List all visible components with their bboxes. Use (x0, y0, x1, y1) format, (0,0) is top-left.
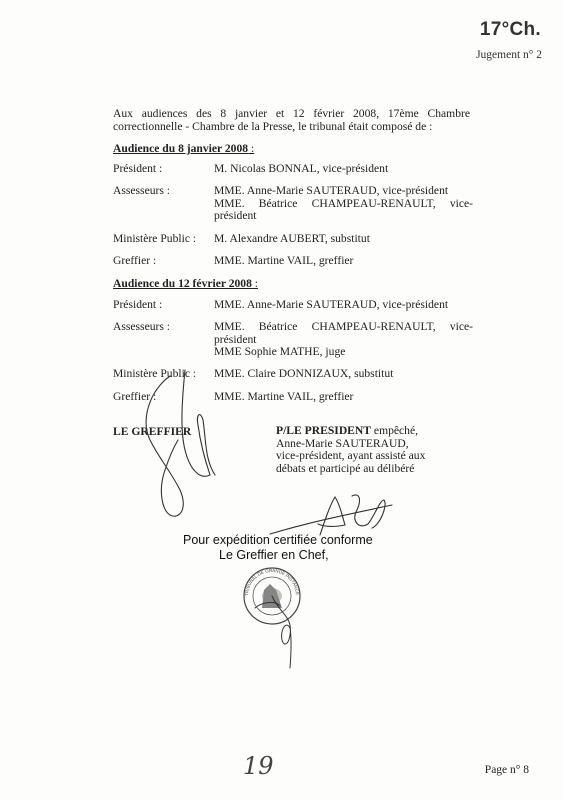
hearing-title-text: Audience du 8 janvier 2008 (113, 142, 248, 155)
row-label: Greffier : (113, 391, 214, 404)
composition-row-president: Président : M. Nicolas BONNAL, vice-prés… (113, 163, 473, 176)
president-line: vice-président, ayant assisté aux (276, 450, 425, 463)
hearing-colon: : (248, 142, 254, 155)
row-label: Assesseurs : (113, 185, 214, 223)
row-label: Ministère Public : (113, 233, 214, 246)
composition-row-assesseurs: Assesseurs : MME. Anne-Marie SAUTERAUD, … (113, 185, 473, 223)
row-value: M. Nicolas BONNAL, vice-président (214, 163, 473, 176)
certification-line-2: Le Greffier en Chef, (183, 548, 373, 563)
row-value: MME. Béatrice CHAMPEAU-RENAULT, vice- (214, 321, 473, 334)
judgment-number: Jugement n° 2 (476, 49, 542, 61)
composition-row-assesseurs: Assesseurs : MME. Béatrice CHAMPEAU-RENA… (113, 321, 473, 359)
seal-signature-icon (255, 596, 291, 668)
greffier-signature-label: LE GREFFIER (113, 425, 191, 438)
composition-row-ministere-public: Ministère Public : M. Alexandre AUBERT, … (113, 233, 473, 246)
row-value: président (214, 210, 473, 223)
row-value: MME. Anne-Marie SAUTERAUD, vice-présiden… (214, 299, 473, 312)
row-label: Ministère Public : (113, 368, 214, 381)
row-value: MME. Claire DONNIZAUX, substitut (214, 368, 473, 381)
composition-row-president: Président : MME. Anne-Marie SAUTERAUD, v… (113, 299, 473, 312)
handwritten-page-number: 19 (243, 752, 274, 780)
intro-line-2: correctionnelle - Chambre de la Presse, … (113, 120, 470, 133)
row-label: Président : (113, 163, 214, 176)
row-value: MME. Martine VAIL, greffier (214, 391, 473, 404)
composition-row-ministere-public: Ministère Public : MME. Claire DONNIZAUX… (113, 368, 473, 381)
composition-row-greffier: Greffier : MME. Martine VAIL, greffier (113, 255, 473, 268)
president-signature-block: P/LE PRESIDENT empêché, Anne-Marie SAUTE… (276, 425, 425, 475)
row-label: Greffier : (113, 255, 214, 268)
intro-line-1: Aux audiences des 8 janvier et 12 févrie… (113, 107, 470, 120)
president-label-suffix: empêché, (371, 424, 418, 437)
hearing-title-1: Audience du 8 janvier 2008 : (113, 142, 254, 155)
row-value: MME. Martine VAIL, greffier (214, 255, 473, 268)
president-signature-icon (270, 495, 392, 535)
hearing-title-2: Audience du 12 février 2008 : (113, 277, 258, 290)
hearing-colon: : (252, 277, 258, 290)
row-value: MME. Anne-Marie SAUTERAUD, vice-présiden… (214, 185, 473, 198)
row-value: M. Alexandre AUBERT, substitut (214, 233, 473, 246)
certification-line-1: Pour expédition certifiée conforme (183, 533, 373, 548)
certification-block: Pour expédition certifiée conforme Le Gr… (183, 533, 373, 563)
composition-row-greffier: Greffier : MME. Martine VAIL, greffier (113, 391, 473, 404)
row-value: MME Sophie MATHE, juge (214, 346, 473, 359)
page-number: Page n° 8 (485, 764, 529, 776)
court-seal-icon: TRIBUNAL DE GRANDE INSTANCE DE PARIS (0, 0, 300, 624)
row-label: Président : (113, 299, 214, 312)
chamber-heading: 17°Ch. (480, 19, 541, 41)
row-label: Assesseurs : (113, 321, 214, 359)
hearing-title-text: Audience du 12 février 2008 (113, 277, 252, 290)
intro-paragraph: Aux audiences des 8 janvier et 12 févrie… (113, 107, 470, 133)
president-line: débats et participé au délibéré (276, 463, 425, 476)
president-label: P/LE PRESIDENT (276, 424, 371, 437)
